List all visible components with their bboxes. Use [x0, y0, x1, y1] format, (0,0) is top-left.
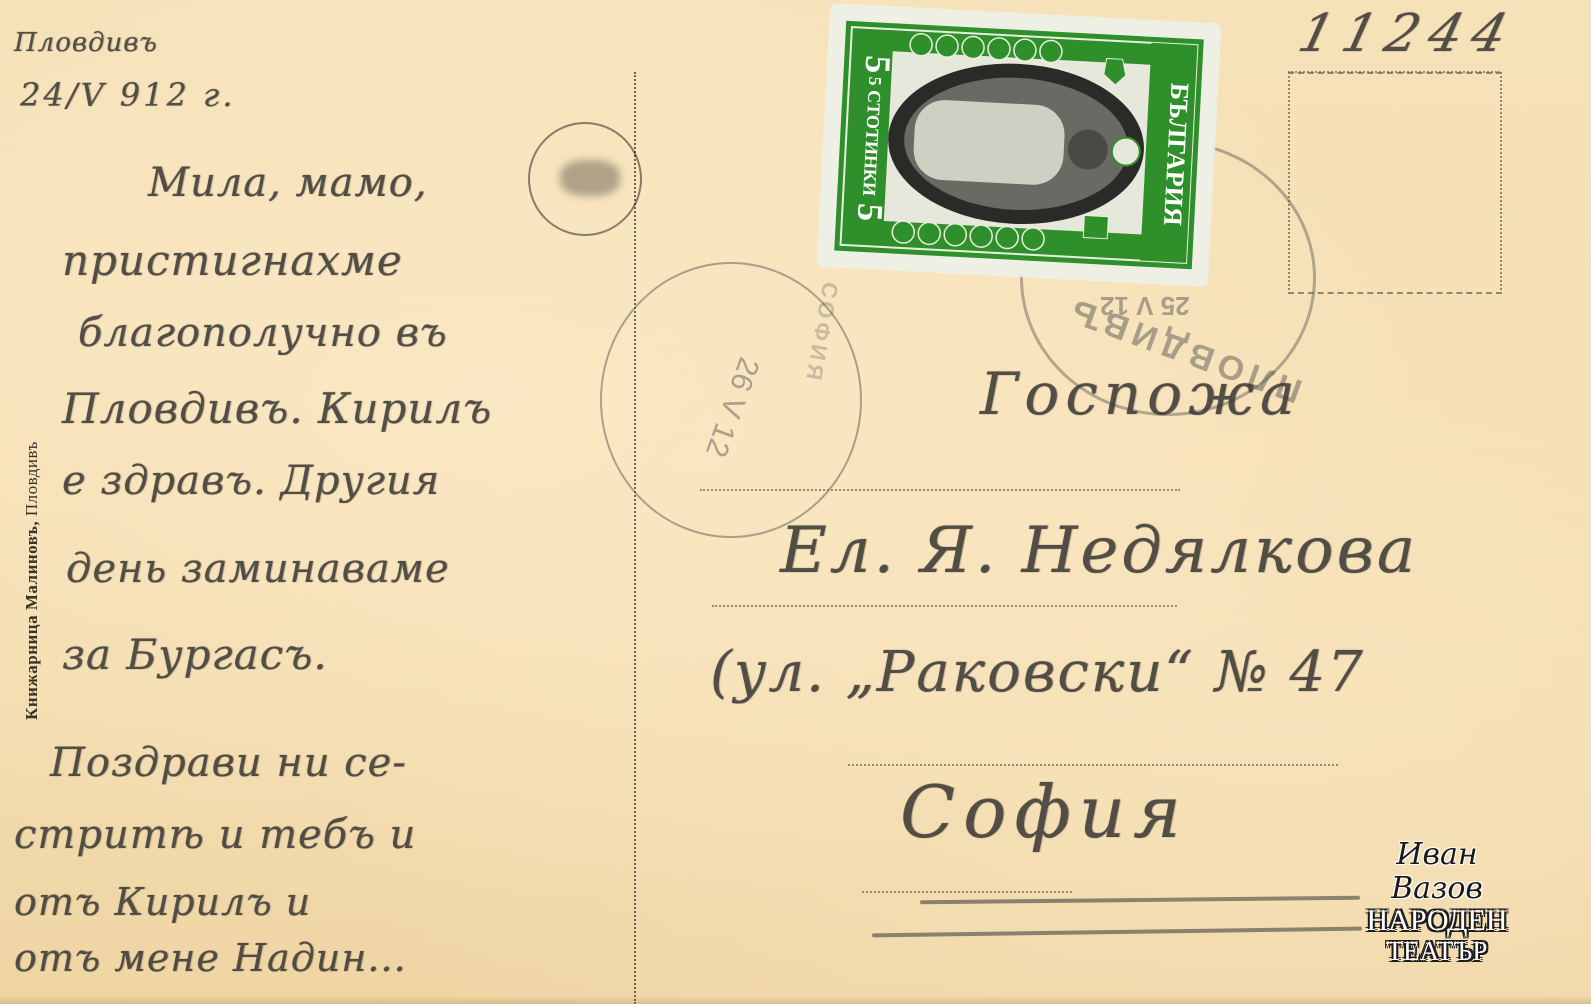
city-underline — [872, 927, 1362, 938]
postmark-smudge — [560, 160, 620, 196]
logo-signature: Иван Вазов — [1352, 838, 1522, 906]
city-underline — [920, 896, 1360, 905]
archive-number: 11244 — [1293, 4, 1523, 64]
message-line: благополучно въ — [78, 310, 448, 356]
header-date: 24/V 912 г. — [20, 76, 235, 114]
postcard: Пловдивъ 24/V 912 г. 11244 Книжарница Ма… — [0, 0, 1591, 1004]
publisher-imprint: Книжарница Малиновъ, Пловдивъ — [22, 441, 42, 720]
message-line: Поздрави ни се- — [50, 740, 407, 786]
message-line: Пловдивъ. Кирилъ — [62, 384, 492, 433]
message-line: стритѣ и тебъ и — [14, 812, 416, 858]
imprint-city: Пловдивъ — [22, 441, 41, 516]
message-line: за Бургасъ. — [62, 630, 328, 679]
message-line: е здравъ. Другия — [62, 458, 440, 504]
address-line — [848, 764, 1338, 766]
message-line: отъ мене Надин... — [14, 936, 407, 980]
address-line — [700, 489, 1180, 491]
svg-text:5: 5 — [858, 54, 899, 74]
address-city: София — [900, 770, 1189, 854]
message-line: Мила, мамо, — [148, 160, 427, 206]
address-street: (ул. „Раковски“ № 47 — [710, 640, 1365, 705]
logo-line2: ТЕАТЪР — [1352, 936, 1522, 966]
address-salutation: Госпожа — [980, 360, 1301, 428]
stamp-artwork: БЪЛГАРИЯ 5 СТОТИНКИ 5 5 — [820, 6, 1219, 284]
address-line — [712, 605, 1177, 607]
stamp-placement-box — [1288, 72, 1502, 294]
address-name: Ел. Я. Недялкова — [780, 514, 1418, 588]
national-theatre-logo: Иван Вазов НАРОДЕН ТЕАТЪР — [1352, 838, 1522, 966]
address-line — [862, 891, 1072, 893]
imprint-shop: Книжарница Малиновъ, — [22, 521, 41, 720]
message-line: пристигнахме — [62, 236, 403, 285]
vertical-divider — [634, 72, 636, 1004]
logo-line1: НАРОДЕН — [1352, 906, 1522, 936]
message-line: отъ Кирилъ и — [14, 880, 311, 924]
postmark-plovdiv-date: 25 V 12 — [1100, 290, 1190, 321]
header-place: Пловдивъ — [14, 28, 158, 58]
message-line: день заминаваме — [66, 546, 450, 592]
svg-text:5: 5 — [850, 202, 891, 222]
postage-stamp: БЪЛГАРИЯ 5 СТОТИНКИ 5 5 — [820, 6, 1219, 284]
